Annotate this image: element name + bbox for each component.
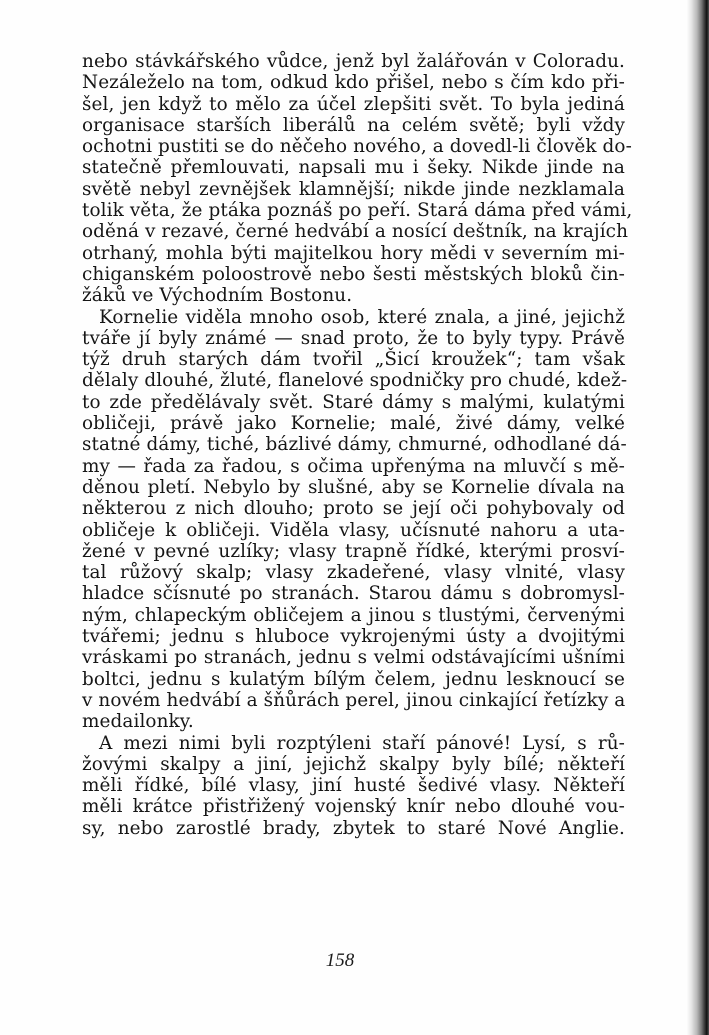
text-line: hladce sčísnuté po stranách. Starou dámu… [82,583,625,604]
text-line: vráskami po stranách, jednu s velmi odst… [82,647,625,668]
text-line: šel, jen když to mělo za účel zlepšiti s… [82,94,625,115]
paragraph-3: A mezi nimi byli rozptýleni staří pánové… [82,733,625,839]
text-line: některou z nich dlouho; proto se její oč… [82,498,625,519]
text-line: medailonky. [82,711,625,732]
text-line: v novém hedvábí a šňůrách perel, jinou c… [82,690,625,711]
text-line: světě nebyl zevnějšek klamnější; nikde j… [82,179,625,200]
text-line: žené v pevné uzlíky; vlasy trapně řídké,… [82,541,625,562]
text-line: tváře jí byly známé — snad proto, že to … [82,328,625,349]
text-line: organisace starších liberálů na celém sv… [82,115,625,136]
text-line: Nezáleželo na tom, odkud kdo přišel, neb… [82,72,625,93]
text-line: Kornelie viděla mnoho osob, které znala,… [82,307,625,328]
text-line: boltci, jednu s kulatým bílým čelem, jed… [82,669,625,690]
text-line: obličeje k obličeji. Viděla vlasy, učísn… [82,520,625,541]
book-spine-shadow [687,0,709,1035]
text-line: to zde předělávaly svět. Staré dámy s ma… [82,392,625,413]
text-line: tvářemi; jednu s hluboce vykrojenými úst… [82,626,625,647]
text-line: tal růžový skalp; vlasy zkadeřené, vlasy… [82,562,625,583]
text-line: chiganském poloostrově nebo šesti městsk… [82,264,625,285]
text-line: otrhaný, mohla býti majitelkou hory mědi… [82,243,625,264]
book-page: nebo stávkářského vůdce, jenž byl žalářo… [0,0,709,1035]
page-number: 158 [0,950,680,972]
text-line: týž druh starých dám tvořil „Šicí krouže… [82,349,625,370]
text-line: dělaly dlouhé, žluté, flanelové spodničk… [82,370,625,391]
text-line: nebo stávkářského vůdce, jenž byl žalářo… [82,51,625,72]
body-text: nebo stávkářského vůdce, jenž byl žalářo… [82,51,625,839]
text-line: měli krátce přistřižený vojenský knír ne… [82,796,625,817]
text-line: děnou pletí. Nebylo by slušné, aby se Ko… [82,477,625,498]
paragraph-1: nebo stávkářského vůdce, jenž byl žalářo… [82,51,625,307]
text-line: ochotni pustiti se do něčeho nového, a d… [82,136,625,157]
text-line: my — řada za řadou, s očima upřenýma na … [82,456,625,477]
text-line: tolik věta, že ptáka poznáš po peří. Sta… [82,200,625,221]
text-line: A mezi nimi byli rozptýleni staří pánové… [82,733,625,754]
text-line: sy, nebo zarostlé brady, zbytek to staré… [82,818,625,839]
text-line: žáků ve Východním Bostonu. [82,285,625,306]
text-line: obličeji, právě jako Kornelie; malé, živ… [82,413,625,434]
text-line: statečně přemlouvati, napsali mu i šeky.… [82,157,625,178]
text-line: měli řídké, bílé vlasy, jiní husté šediv… [82,775,625,796]
text-line: žovými skalpy a jiní, jejichž skalpy byl… [82,754,625,775]
text-line: statné dámy, tiché, bázlivé dámy, chmurn… [82,434,625,455]
paragraph-2: Kornelie viděla mnoho osob, které znala,… [82,307,625,733]
text-line: oděná v rezavé, černé hedvábí a nosící d… [82,221,625,242]
text-line: ným, chlapeckým obličejem a jinou s tlus… [82,605,625,626]
